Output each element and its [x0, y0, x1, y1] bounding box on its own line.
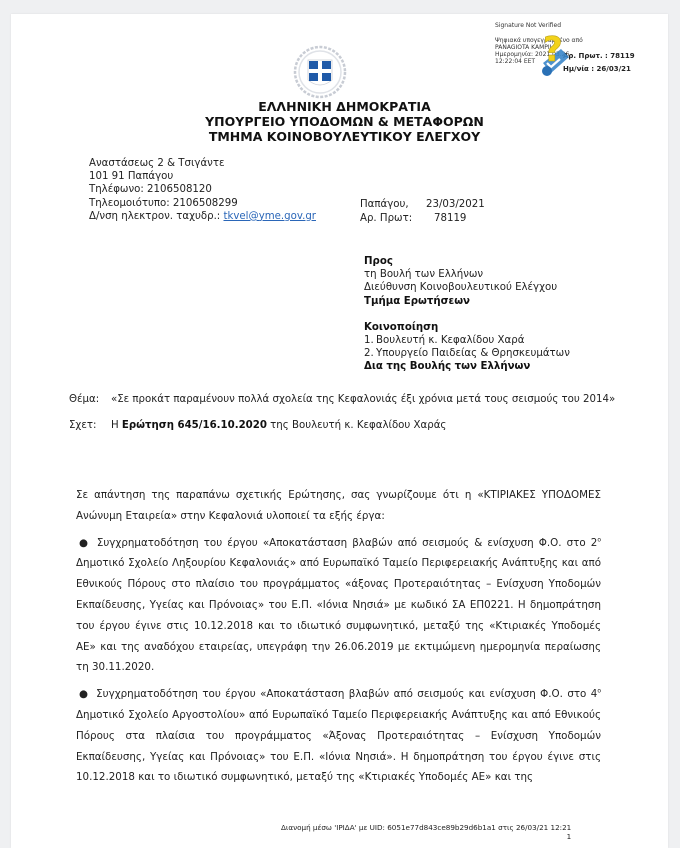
reference-text: Η Ερώτηση 645/16.10.2020 της Βουλευτή κ.… [111, 419, 629, 432]
recipients: Προς τη Βουλή των Ελλήνων Διεύθυνση Κοιν… [364, 255, 570, 374]
place-label: Παπάγου, [360, 198, 426, 212]
protocol-number: 78119 [426, 212, 466, 226]
header-ministry: ΥΠΟΥΡΓΕΙΟ ΥΠΟΔΟΜΩΝ & ΜΕΤΑΦΟΡΩΝ [21, 114, 668, 129]
document-header: ΕΛΛΗΝΙΚΗ ΔΗΜΟΚΡΑΤΙΑ ΥΠΟΥΡΓΕΙΟ ΥΠΟΔΟΜΩΝ &… [11, 99, 668, 144]
place-date: Παπάγου,23/03/2021 Αρ. Πρωτ:78119 [360, 198, 485, 225]
sender-address: Αναστάσεως 2 & Τσιγάντε 101 91 Παπάγου Τ… [89, 157, 316, 223]
address-phone: Τηλέφωνο: 2106508120 [89, 183, 316, 196]
cc-item: 2.Υπουργείο Παιδείας & Θρησκευμάτων [364, 347, 570, 360]
protocol-label: Αρ. Πρωτ: [360, 212, 426, 226]
unverified-signature-icon: ? [529, 33, 573, 77]
signature-protocol: Αρ. Πρωτ. : 78119 [563, 53, 635, 60]
via-line: Δια της Βουλής των Ελλήνων [364, 360, 570, 373]
signature-status: Signature Not Verified [495, 22, 561, 29]
address-city: 101 91 Παπάγου [89, 170, 316, 183]
to-label: Προς [364, 255, 570, 268]
document-footer: Διανομή μέσω 'ΙΡΙΔΑ' με UID: 6051e77d843… [281, 823, 571, 841]
address-street: Αναστάσεως 2 & Τσιγάντε [89, 157, 316, 170]
distribution-note: Διανομή μέσω 'ΙΡΙΔΑ' με UID: 6051e77d843… [281, 823, 571, 832]
address-email-row: Δ/νση ηλεκτρον. ταχυδρ.: tkvel@yme.gov.g… [89, 210, 316, 223]
reference-label: Σχετ: [69, 419, 111, 432]
body-item: ●Συγχρηματοδότηση του έργου «Αποκατάστασ… [76, 533, 601, 679]
document-page: Signature Not Verified Ψηφιακά υπογεγραμ… [11, 14, 668, 848]
page-number: 1 [281, 832, 571, 841]
email-link[interactable]: tkvel@yme.gov.gr [223, 211, 316, 222]
bullet-icon: ● [79, 688, 89, 700]
header-department: ΤΜΗΜΑ ΚΟΙΝΟΒΟΥΛΕΥΤΙΚΟΥ ΕΛΕΓΧΟΥ [21, 129, 668, 144]
to-line: Διεύθυνση Κοινοβουλευτικού Ελέγχου [364, 281, 570, 294]
subject-block: Θέμα: «Σε προκάτ παραμένουν πολλά σχολεί… [69, 393, 629, 432]
header-republic: ΕΛΛΗΝΙΚΗ ΔΗΜΟΚΡΑΤΙΑ [21, 99, 668, 114]
to-department: Τμήμα Ερωτήσεων [364, 295, 570, 308]
signature-stamp-date: Ημ/νία : 26/03/21 [563, 66, 631, 73]
email-label: Δ/νση ηλεκτρον. ταχυδρ.: [89, 211, 223, 222]
document-date: 23/03/2021 [426, 198, 485, 212]
bullet-icon: ● [79, 537, 90, 549]
greek-coat-of-arms-icon [292, 44, 348, 100]
cc-item: 1.Βουλευτή κ. Κεφαλίδου Χαρά [364, 334, 570, 347]
body-intro: Σε απάντηση της παραπάνω σχετικής Ερώτησ… [76, 485, 601, 527]
cc-label: Κοινοποίηση [364, 321, 570, 334]
to-line: τη Βουλή των Ελλήνων [364, 268, 570, 281]
svg-text:?: ? [543, 33, 563, 70]
subject-text: «Σε προκάτ παραμένουν πολλά σχολεία της … [111, 393, 629, 406]
subject-label: Θέμα: [69, 393, 111, 406]
signature-stamp[interactable]: Signature Not Verified Ψηφιακά υπογεγραμ… [483, 19, 673, 79]
document-body: Σε απάντηση της παραπάνω σχετικής Ερώτησ… [76, 485, 601, 794]
body-item: ●Συγχρηματοδότηση του έργου «Αποκατάστασ… [76, 684, 601, 788]
address-fax: Τηλεομοιότυπο: 2106508299 [89, 197, 316, 210]
